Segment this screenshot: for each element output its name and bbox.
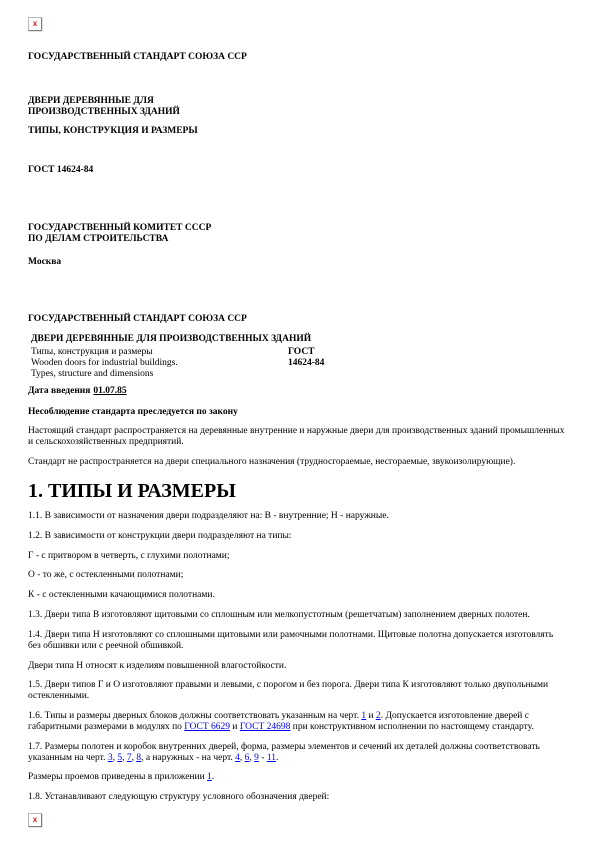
reference-link[interactable]: ГОСТ 6629 xyxy=(184,722,230,732)
exclusion-paragraph: Стандарт не распространяется на двери сп… xyxy=(28,457,567,468)
scope-paragraph: Настоящий стандарт распространяется на д… xyxy=(28,426,567,448)
reference-link[interactable]: 2 xyxy=(376,711,381,721)
reference-link[interactable]: 1 xyxy=(207,772,212,782)
city-label: Москва xyxy=(28,257,567,268)
committee-line2: ПО ДЕЛАМ СТРОИТЕЛЬСТВА xyxy=(28,234,168,244)
document-title-line2: ПРОИЗВОДСТВЕННЫХ ЗДАНИЙ xyxy=(28,107,180,117)
reference-link[interactable]: 11 xyxy=(267,753,276,763)
clause-1-3: 1.3. Двери типа В изготовляют щитовыми с… xyxy=(28,610,567,621)
broken-image-icon: x xyxy=(28,17,42,31)
document-title: ДВЕРИ ДЕРЕВЯННЫЕ ДЛЯПРОИЗВОДСТВЕННЫХ ЗДА… xyxy=(28,96,567,118)
clause-1-2: 1.2. В зависимости от конструкции двери … xyxy=(28,531,567,542)
broken-image-icon: x xyxy=(28,813,42,827)
effective-date-label: Дата введения xyxy=(28,386,90,396)
document-subtitle: ТИПЫ, КОНСТРУКЦИЯ И РАЗМЕРЫ xyxy=(28,126,567,137)
standard-header-title: ГОСУДАРСТВЕННЫЙ СТАНДАРТ СОЮЗА ССР xyxy=(28,314,567,325)
standard-code-block: ГОСТ 14624-84 xyxy=(288,347,324,379)
reference-link[interactable]: 8 xyxy=(136,753,141,763)
clause-1-6: 1.6. Типы и размеры дверных блоков должн… xyxy=(28,711,567,733)
committee-label: ГОСУДАРСТВЕННЫЙ КОМИТЕТ СССРПО ДЕЛАМ СТР… xyxy=(28,223,567,245)
committee-line1: ГОСУДАРСТВЕННЫЙ КОМИТЕТ СССР xyxy=(28,223,211,233)
door-type-g: Г - с притвором в четверть, с глухими по… xyxy=(28,551,567,562)
reference-link[interactable]: ГОСТ 24698 xyxy=(240,722,291,732)
section-1-heading: 1. ТИПЫ И РАЗМЕРЫ xyxy=(28,480,567,502)
reference-link[interactable]: 3 xyxy=(108,753,113,763)
standard-subtitle-ru: Типы, конструкция и размеры xyxy=(31,347,288,358)
effective-date-line: Дата введения01.07.85 xyxy=(28,386,567,397)
effective-date-link[interactable]: 01.07.85 xyxy=(93,386,126,396)
clause-1-7: 1.7. Размеры полотен и коробок внутренни… xyxy=(28,742,567,764)
standard-subtitle-en: Types, structure and dimensions xyxy=(31,369,288,380)
broken-image-x-icon: x xyxy=(33,20,37,28)
standard-code-line1: ГОСТ xyxy=(288,347,324,358)
standard-header-left: Типы, конструкция и размеры Wooden doors… xyxy=(31,347,288,379)
document-title-line1: ДВЕРИ ДЕРЕВЯННЫЕ ДЛЯ xyxy=(28,96,154,106)
reference-link[interactable]: 6 xyxy=(245,753,250,763)
clause-1-7-note: Размеры проемов приведены в приложении 1… xyxy=(28,772,567,783)
standard-subject-ru: ДВЕРИ ДЕРЕВЯННЫЕ ДЛЯ ПРОИЗВОДСТВЕННЫХ ЗД… xyxy=(28,334,567,345)
reference-link[interactable]: 9 xyxy=(254,753,259,763)
broken-image-x-icon: x xyxy=(33,816,37,824)
clause-1-5: 1.5. Двери типов Г и О изготовляют правы… xyxy=(28,680,567,702)
door-type-o: О - то же, с остекленными полотнами; xyxy=(28,570,567,581)
standard-code-line2: 14624-84 xyxy=(288,358,324,369)
reference-link[interactable]: 4 xyxy=(235,753,240,763)
clause-1-4: 1.4. Двери типа Н изготовляют со сплошны… xyxy=(28,630,567,652)
clause-1-1: 1.1. В зависимости от назначения двери п… xyxy=(28,511,567,522)
law-notice: Несоблюдение стандарта преследуется по з… xyxy=(28,407,567,418)
clause-1-4-note: Двери типа Н относят к изделиям повышенн… xyxy=(28,661,567,672)
gost-code: ГОСТ 14624-84 xyxy=(28,165,567,176)
clause-1-8: 1.8. Устанавливают следующую структуру у… xyxy=(28,792,567,803)
standard-subject-en: Wooden doors for industrial buildings. xyxy=(31,358,288,369)
door-type-k: К - с остекленными качающимися полотнами… xyxy=(28,590,567,601)
reference-link[interactable]: 1 xyxy=(361,711,366,721)
state-standard-label: ГОСУДАРСТВЕННЫЙ СТАНДАРТ СОЮЗА ССР xyxy=(28,52,567,63)
reference-link[interactable]: 7 xyxy=(127,753,132,763)
reference-link[interactable]: 5 xyxy=(117,753,122,763)
standard-header-row: Типы, конструкция и размеры Wooden doors… xyxy=(28,347,567,379)
document-page: x ГОСУДАРСТВЕННЫЙ СТАНДАРТ СОЮЗА ССР ДВЕ… xyxy=(0,0,595,842)
